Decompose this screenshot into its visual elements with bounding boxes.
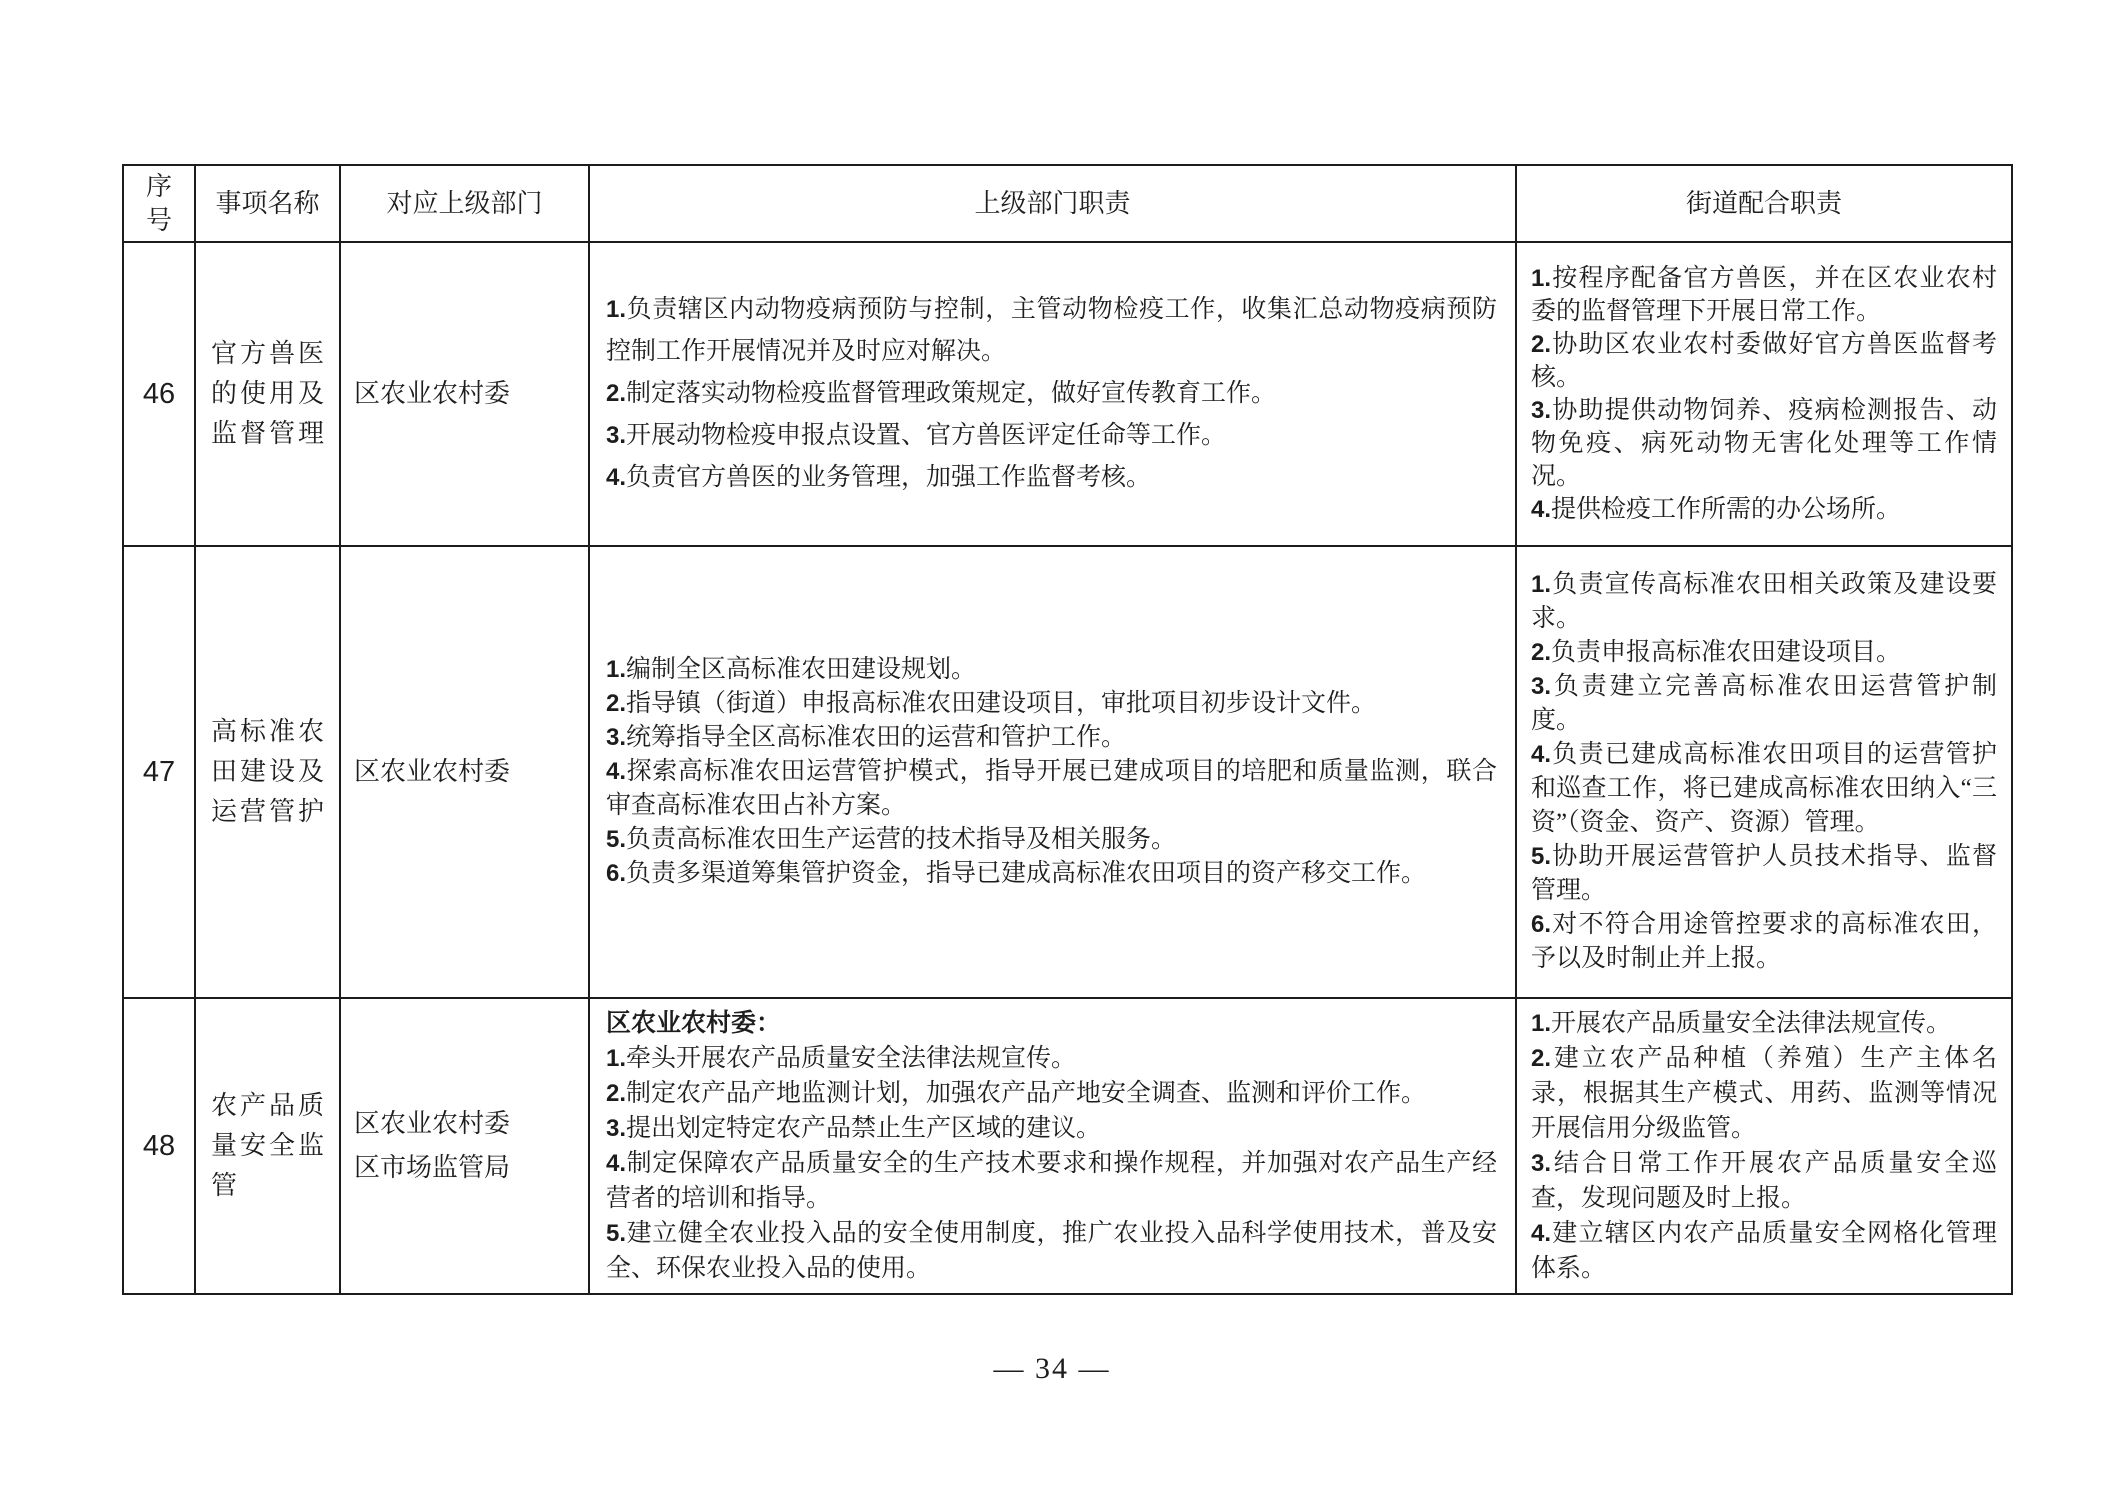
duty-item-number: 1. [606, 296, 626, 323]
duty-item-text: 统筹指导全区高标准农田的运营和管护工作。 [626, 724, 1126, 751]
duty-item-number: 2. [606, 690, 626, 717]
table-row-48: 48 农产品质量安全监管 区农业农村委 区市场监管局 区农业农村委： 1.牵头开… [123, 998, 2012, 1294]
duty-item-text: 建立农产品种植（养殖）生产主体名录，根据其生产模式、用药、监测等情况开展信用分级… [1531, 1045, 1997, 1142]
duty-item-text: 协助开展运营管护人员技术指导、监督管理。 [1531, 843, 1997, 904]
duty-item-number: 5. [1531, 843, 1551, 870]
duty-item-number: 1. [1531, 571, 1551, 598]
document-page: 序 号 事项名称 对应上级部门 上级部门职责 街道配合职责 46 官方兽医的使用… [0, 0, 2104, 1488]
row-number: 47 [123, 546, 195, 998]
item-name-lines: 官方兽医的使用及监督管理 [211, 334, 324, 454]
duty-item-number: 4. [1531, 741, 1551, 768]
header-cell-dept: 对应上级部门 [340, 165, 589, 242]
item-name-line: 农产品质 [211, 1086, 324, 1126]
duty-item: 6.负责多渠道筹集管护资金，指导已建成高标准农田项目的资产移交工作。 [606, 857, 1497, 891]
superior-department: 区农业农村委 [340, 242, 589, 546]
row-number: 48 [123, 998, 195, 1294]
duty-item: 4.建立辖区内农产品质量安全网格化管理体系。 [1531, 1216, 1997, 1286]
duty-item-number: 3. [1531, 397, 1551, 424]
duty-item: 3.提出划定特定农产品禁止生产区域的建议。 [606, 1111, 1497, 1146]
duty-item-text: 探索高标准农田运营管护模式，指导开展已建成项目的培肥和质量监测，联合审查高标准农… [606, 758, 1497, 819]
header-cell-no: 序 号 [123, 165, 195, 242]
street-duties: 1.负责宣传高标准农田相关政策及建设要求。2.负责申报高标准农田建设项目。3.负… [1516, 546, 2012, 998]
duty-item: 4.负责官方兽医的业务管理，加强工作监督考核。 [606, 457, 1497, 499]
duty-item: 1.编制全区高标准农田建设规划。 [606, 653, 1497, 687]
duty-item-number: 3. [606, 422, 626, 449]
duty-item: 2.制定农产品产地监测计划，加强农产品产地安全调查、监测和评价工作。 [606, 1076, 1497, 1111]
duty-item-number: 1. [606, 656, 626, 683]
duty-item-text: 开展动物检疫申报点设置、官方兽医评定任命等工作。 [626, 422, 1226, 449]
duty-item: 5.负责高标准农田生产运营的技术指导及相关服务。 [606, 823, 1497, 857]
duty-item-number: 3. [606, 1115, 626, 1142]
street-duties: 1.按程序配备官方兽医，并在区农业农村委的监督管理下开展日常工作。2.协助区农业… [1516, 242, 2012, 546]
street-duties-text: 1.负责宣传高标准农田相关政策及建设要求。2.负责申报高标准农田建设项目。3.负… [1531, 568, 1997, 976]
item-name-line: 监督管理 [211, 414, 324, 454]
duty-item-text: 负责多渠道筹集管护资金，指导已建成高标准农田项目的资产移交工作。 [626, 860, 1426, 887]
table-row-47: 47 高标准农田建设及运营管护 区农业农村委 1.编制全区高标准农田建设规划。2… [123, 546, 2012, 998]
duty-item-number: 6. [606, 860, 626, 887]
street-duties-text: 1.开展农产品质量安全法律法规宣传。2.建立农产品种植（养殖）生产主体名录，根据… [1531, 1006, 1997, 1286]
duty-item-number: 2. [606, 1080, 626, 1107]
duty-item: 2.负责申报高标准农田建设项目。 [1531, 636, 1997, 670]
duty-item: 1.开展农产品质量安全法律法规宣传。 [1531, 1006, 1997, 1041]
item-name-line: 官方兽医 [211, 334, 324, 374]
item-name: 高标准农田建设及运营管护 [195, 546, 340, 998]
item-name-line: 高标准农 [211, 712, 324, 752]
duty-item-text: 编制全区高标准农田建设规划。 [626, 656, 976, 683]
header-cell-name: 事项名称 [195, 165, 340, 242]
item-name-line: 田建设及 [211, 752, 324, 792]
superior-duties-subheading: 区农业农村委： [606, 1006, 1497, 1041]
duty-item-number: 4. [606, 1150, 626, 1177]
table-header-row: 序 号 事项名称 对应上级部门 上级部门职责 街道配合职责 [123, 165, 2012, 242]
superior-duties: 1.负责辖区内动物疫病预防与控制，主管动物检疫工作，收集汇总动物疫病预防控制工作… [589, 242, 1516, 546]
superior-duties: 1.编制全区高标准农田建设规划。2.指导镇（街道）申报高标准农田建设项目，审批项… [589, 546, 1516, 998]
duty-item-text: 提出划定特定农产品禁止生产区域的建议。 [626, 1115, 1101, 1142]
duty-item-text: 建立健全农业投入品的安全使用制度，推广农业投入品科学使用技术，普及安全、环保农业… [606, 1220, 1497, 1282]
item-name-line: 管 [211, 1166, 324, 1206]
duty-item-text: 协助区农业农村委做好官方兽医监督考核。 [1531, 331, 1997, 391]
duty-item: 4.制定保障农产品质量安全的生产技术要求和操作规程，并加强对农产品生产经营者的培… [606, 1146, 1497, 1216]
duty-item-number: 1. [1531, 265, 1551, 292]
duty-table: 序 号 事项名称 对应上级部门 上级部门职责 街道配合职责 46 官方兽医的使用… [122, 164, 2013, 1295]
header-cell-duty: 上级部门职责 [589, 165, 1516, 242]
duty-item-text: 建立辖区内农产品质量安全网格化管理体系。 [1531, 1220, 1997, 1282]
duty-item-text: 负责已建成高标准农田项目的运营管护和巡查工作，将已建成高标准农田纳入“三资”（资… [1531, 741, 1997, 836]
duty-item-number: 3. [1531, 673, 1551, 700]
duty-item-text: 开展农产品质量安全法律法规宣传。 [1551, 1010, 1951, 1037]
duty-item: 1.负责辖区内动物疫病预防与控制，主管动物检疫工作，收集汇总动物疫病预防控制工作… [606, 289, 1497, 373]
duty-item: 3.负责建立完善高标准农田运营管护制度。 [1531, 670, 1997, 738]
duty-item-text: 提供检疫工作所需的办公场所。 [1551, 496, 1901, 523]
duty-item: 1.牵头开展农产品质量安全法律法规宣传。 [606, 1041, 1497, 1076]
duty-item: 4.探索高标准农田运营管护模式，指导开展已建成项目的培肥和质量监测，联合审查高标… [606, 755, 1497, 823]
duty-item: 2.制定落实动物检疫监督管理政策规定，做好宣传教育工作。 [606, 373, 1497, 415]
duty-item: 5.协助开展运营管护人员技术指导、监督管理。 [1531, 840, 1997, 908]
duty-item-text: 指导镇（街道）申报高标准农田建设项目，审批项目初步设计文件。 [626, 690, 1376, 717]
duty-item-number: 2. [606, 380, 626, 407]
duty-item-number: 4. [1531, 1220, 1551, 1247]
duty-item-text: 负责建立完善高标准农田运营管护制度。 [1531, 673, 1997, 734]
duty-item: 3.协助提供动物饲养、疫病检测报告、动物免疫、病死动物无害化处理等工作情况。 [1531, 394, 1997, 493]
item-name-lines: 农产品质量安全监管 [211, 1086, 324, 1206]
row-number: 46 [123, 242, 195, 546]
duty-item-text: 负责官方兽医的业务管理，加强工作监督考核。 [626, 464, 1151, 491]
duty-item-text: 按程序配备官方兽医，并在区农业农村委的监督管理下开展日常工作。 [1531, 265, 1997, 325]
header-cell-street: 街道配合职责 [1516, 165, 2012, 242]
duty-item-text: 制定农产品产地监测计划，加强农产品产地安全调查、监测和评价工作。 [626, 1080, 1426, 1107]
duty-item: 2.指导镇（街道）申报高标准农田建设项目，审批项目初步设计文件。 [606, 687, 1497, 721]
duty-item-text: 制定保障农产品质量安全的生产技术要求和操作规程，并加强对农产品生产经营者的培训和… [606, 1150, 1497, 1212]
item-name-line: 的使用及 [211, 374, 324, 414]
duty-item: 6.对不符合用途管控要求的高标准农田，予以及时制止并上报。 [1531, 908, 1997, 976]
table-row-46: 46 官方兽医的使用及监督管理 区农业农村委 1.负责辖区内动物疫病预防与控制，… [123, 242, 2012, 546]
duty-item-text: 协助提供动物饲养、疫病检测报告、动物免疫、病死动物无害化处理等工作情况。 [1531, 397, 1997, 490]
duty-item-text: 负责辖区内动物疫病预防与控制，主管动物检疫工作，收集汇总动物疫病预防控制工作开展… [606, 296, 1497, 365]
duty-item: 3.结合日常工作开展农产品质量安全巡查，发现问题及时上报。 [1531, 1146, 1997, 1216]
duty-item-text: 结合日常工作开展农产品质量安全巡查，发现问题及时上报。 [1531, 1150, 1997, 1212]
street-duties-text: 1.按程序配备官方兽医，并在区农业农村委的监督管理下开展日常工作。2.协助区农业… [1531, 262, 1997, 526]
duty-item-number: 1. [1531, 1010, 1551, 1037]
duty-item-number: 2. [1531, 1045, 1551, 1072]
item-name: 官方兽医的使用及监督管理 [195, 242, 340, 546]
duty-item: 3.统筹指导全区高标准农田的运营和管护工作。 [606, 721, 1497, 755]
duty-item-number: 6. [1531, 911, 1551, 938]
duty-item-number: 3. [1531, 1150, 1551, 1177]
street-duties: 1.开展农产品质量安全法律法规宣传。2.建立农产品种植（养殖）生产主体名录，根据… [1516, 998, 2012, 1294]
superior-duties-text: 1.负责辖区内动物疫病预防与控制，主管动物检疫工作，收集汇总动物疫病预防控制工作… [606, 289, 1497, 499]
duty-item-number: 2. [1531, 639, 1551, 666]
duty-item-text: 制定落实动物检疫监督管理政策规定，做好宣传教育工作。 [626, 380, 1276, 407]
duty-item-number: 4. [606, 758, 626, 785]
duty-item: 2.协助区农业农村委做好官方兽医监督考核。 [1531, 328, 1997, 394]
item-name-line: 运营管护 [211, 792, 324, 832]
duty-item: 1.按程序配备官方兽医，并在区农业农村委的监督管理下开展日常工作。 [1531, 262, 1997, 328]
duty-item-text: 负责高标准农田生产运营的技术指导及相关服务。 [626, 826, 1176, 853]
page-number: — 34 — [0, 1352, 2104, 1386]
duty-item-number: 3. [606, 724, 626, 751]
duty-item-number: 2. [1531, 331, 1551, 358]
duty-item-text: 对不符合用途管控要求的高标准农田，予以及时制止并上报。 [1531, 911, 1997, 972]
duty-item-number: 1. [606, 1045, 626, 1072]
item-name: 农产品质量安全监管 [195, 998, 340, 1294]
superior-duties: 区农业农村委： 1.牵头开展农产品质量安全法律法规宣传。2.制定农产品产地监测计… [589, 998, 1516, 1294]
duty-item: 5.建立健全农业投入品的安全使用制度，推广农业投入品科学使用技术，普及安全、环保… [606, 1216, 1497, 1286]
duty-item: 1.负责宣传高标准农田相关政策及建设要求。 [1531, 568, 1997, 636]
duty-item-number: 4. [606, 464, 626, 491]
duty-item-number: 5. [606, 1220, 626, 1247]
duty-item: 2.建立农产品种植（养殖）生产主体名录，根据其生产模式、用药、监测等情况开展信用… [1531, 1041, 1997, 1146]
duty-item-text: 负责申报高标准农田建设项目。 [1551, 639, 1901, 666]
superior-department: 区农业农村委 [340, 546, 589, 998]
duty-item-text: 负责宣传高标准农田相关政策及建设要求。 [1531, 571, 1997, 632]
item-name-lines: 高标准农田建设及运营管护 [211, 712, 324, 832]
item-name-line: 量安全监 [211, 1126, 324, 1166]
superior-duties-text: 1.编制全区高标准农田建设规划。2.指导镇（街道）申报高标准农田建设项目，审批项… [606, 653, 1497, 891]
superior-department: 区农业农村委 区市场监管局 [340, 998, 589, 1294]
duty-item: 4.负责已建成高标准农田项目的运营管护和巡查工作，将已建成高标准农田纳入“三资”… [1531, 738, 1997, 840]
duty-item: 3.开展动物检疫申报点设置、官方兽医评定任命等工作。 [606, 415, 1497, 457]
duty-item-text: 牵头开展农产品质量安全法律法规宣传。 [626, 1045, 1076, 1072]
duty-item-number: 4. [1531, 496, 1551, 523]
duty-item: 4.提供检疫工作所需的办公场所。 [1531, 493, 1997, 526]
duty-item-number: 5. [606, 826, 626, 853]
superior-duties-text: 1.牵头开展农产品质量安全法律法规宣传。2.制定农产品产地监测计划，加强农产品产… [606, 1041, 1497, 1286]
